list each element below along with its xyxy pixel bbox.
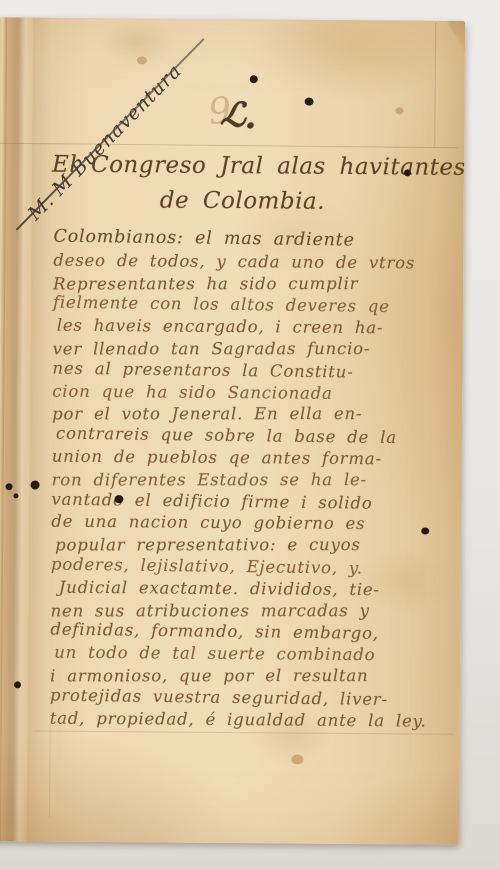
ink-blot (114, 495, 123, 503)
ink-spot (305, 98, 314, 106)
manuscript-body: Colombianos: el mas ardiente deseo de to… (50, 228, 458, 732)
ink-spot (404, 169, 411, 176)
torn-corner (447, 21, 465, 55)
manuscript-line: ron diferentes Estados se ha le- (52, 469, 456, 491)
manuscript-line: union de pueblos qe antes forma- (52, 446, 456, 471)
document-heading: El Congreso Jral alas havitantes de Colo… (52, 148, 459, 221)
manuscript-line: les haveis encargado, i creen ha- (57, 315, 457, 340)
manuscript-line: vantado el edificio firme i solido (51, 488, 455, 515)
heading-line-2: de Colombia. (52, 183, 458, 221)
manuscript-line: popular representativo: e cuyos (55, 534, 455, 556)
ink-spot (14, 681, 21, 688)
margin-line-right (434, 23, 436, 148)
ink-spot (421, 528, 429, 535)
manuscript-line: Judicial exactamte. divididos, tie- (59, 576, 455, 601)
ink-spot (31, 480, 40, 489)
manuscript-page: 9 ℒ. M. M Buenaventura El Congreso Jral … (0, 17, 465, 845)
photo-backdrop: 9 ℒ. M. M Buenaventura El Congreso Jral … (0, 0, 500, 869)
foxing-stain (291, 755, 303, 765)
manuscript-line: ver llenado tan Sagradas funcio- (53, 338, 457, 360)
manuscript-line: cion que ha sido Sancionada (52, 380, 456, 405)
heading-line-1: El Congreso Jral alas havitantes (52, 148, 458, 186)
manuscript-line: por el voto Jeneral. En ella en- (52, 403, 456, 425)
manuscript-line: deseo de todos, y cada uno de vtros (53, 249, 457, 274)
ink-spot (250, 75, 258, 83)
manuscript-line: i armonioso, que por el resultan (50, 665, 454, 687)
manuscript-line: tad, propiedad, é igualdad ante la ley. (50, 707, 454, 732)
manuscript-line: un todo de tal suerte combinado (54, 642, 454, 667)
foxing-stain (137, 56, 147, 64)
foxing-stain (395, 107, 403, 114)
folio-mark: ℒ. (217, 93, 284, 153)
ink-spot (13, 493, 18, 498)
ink-spot (6, 483, 13, 490)
